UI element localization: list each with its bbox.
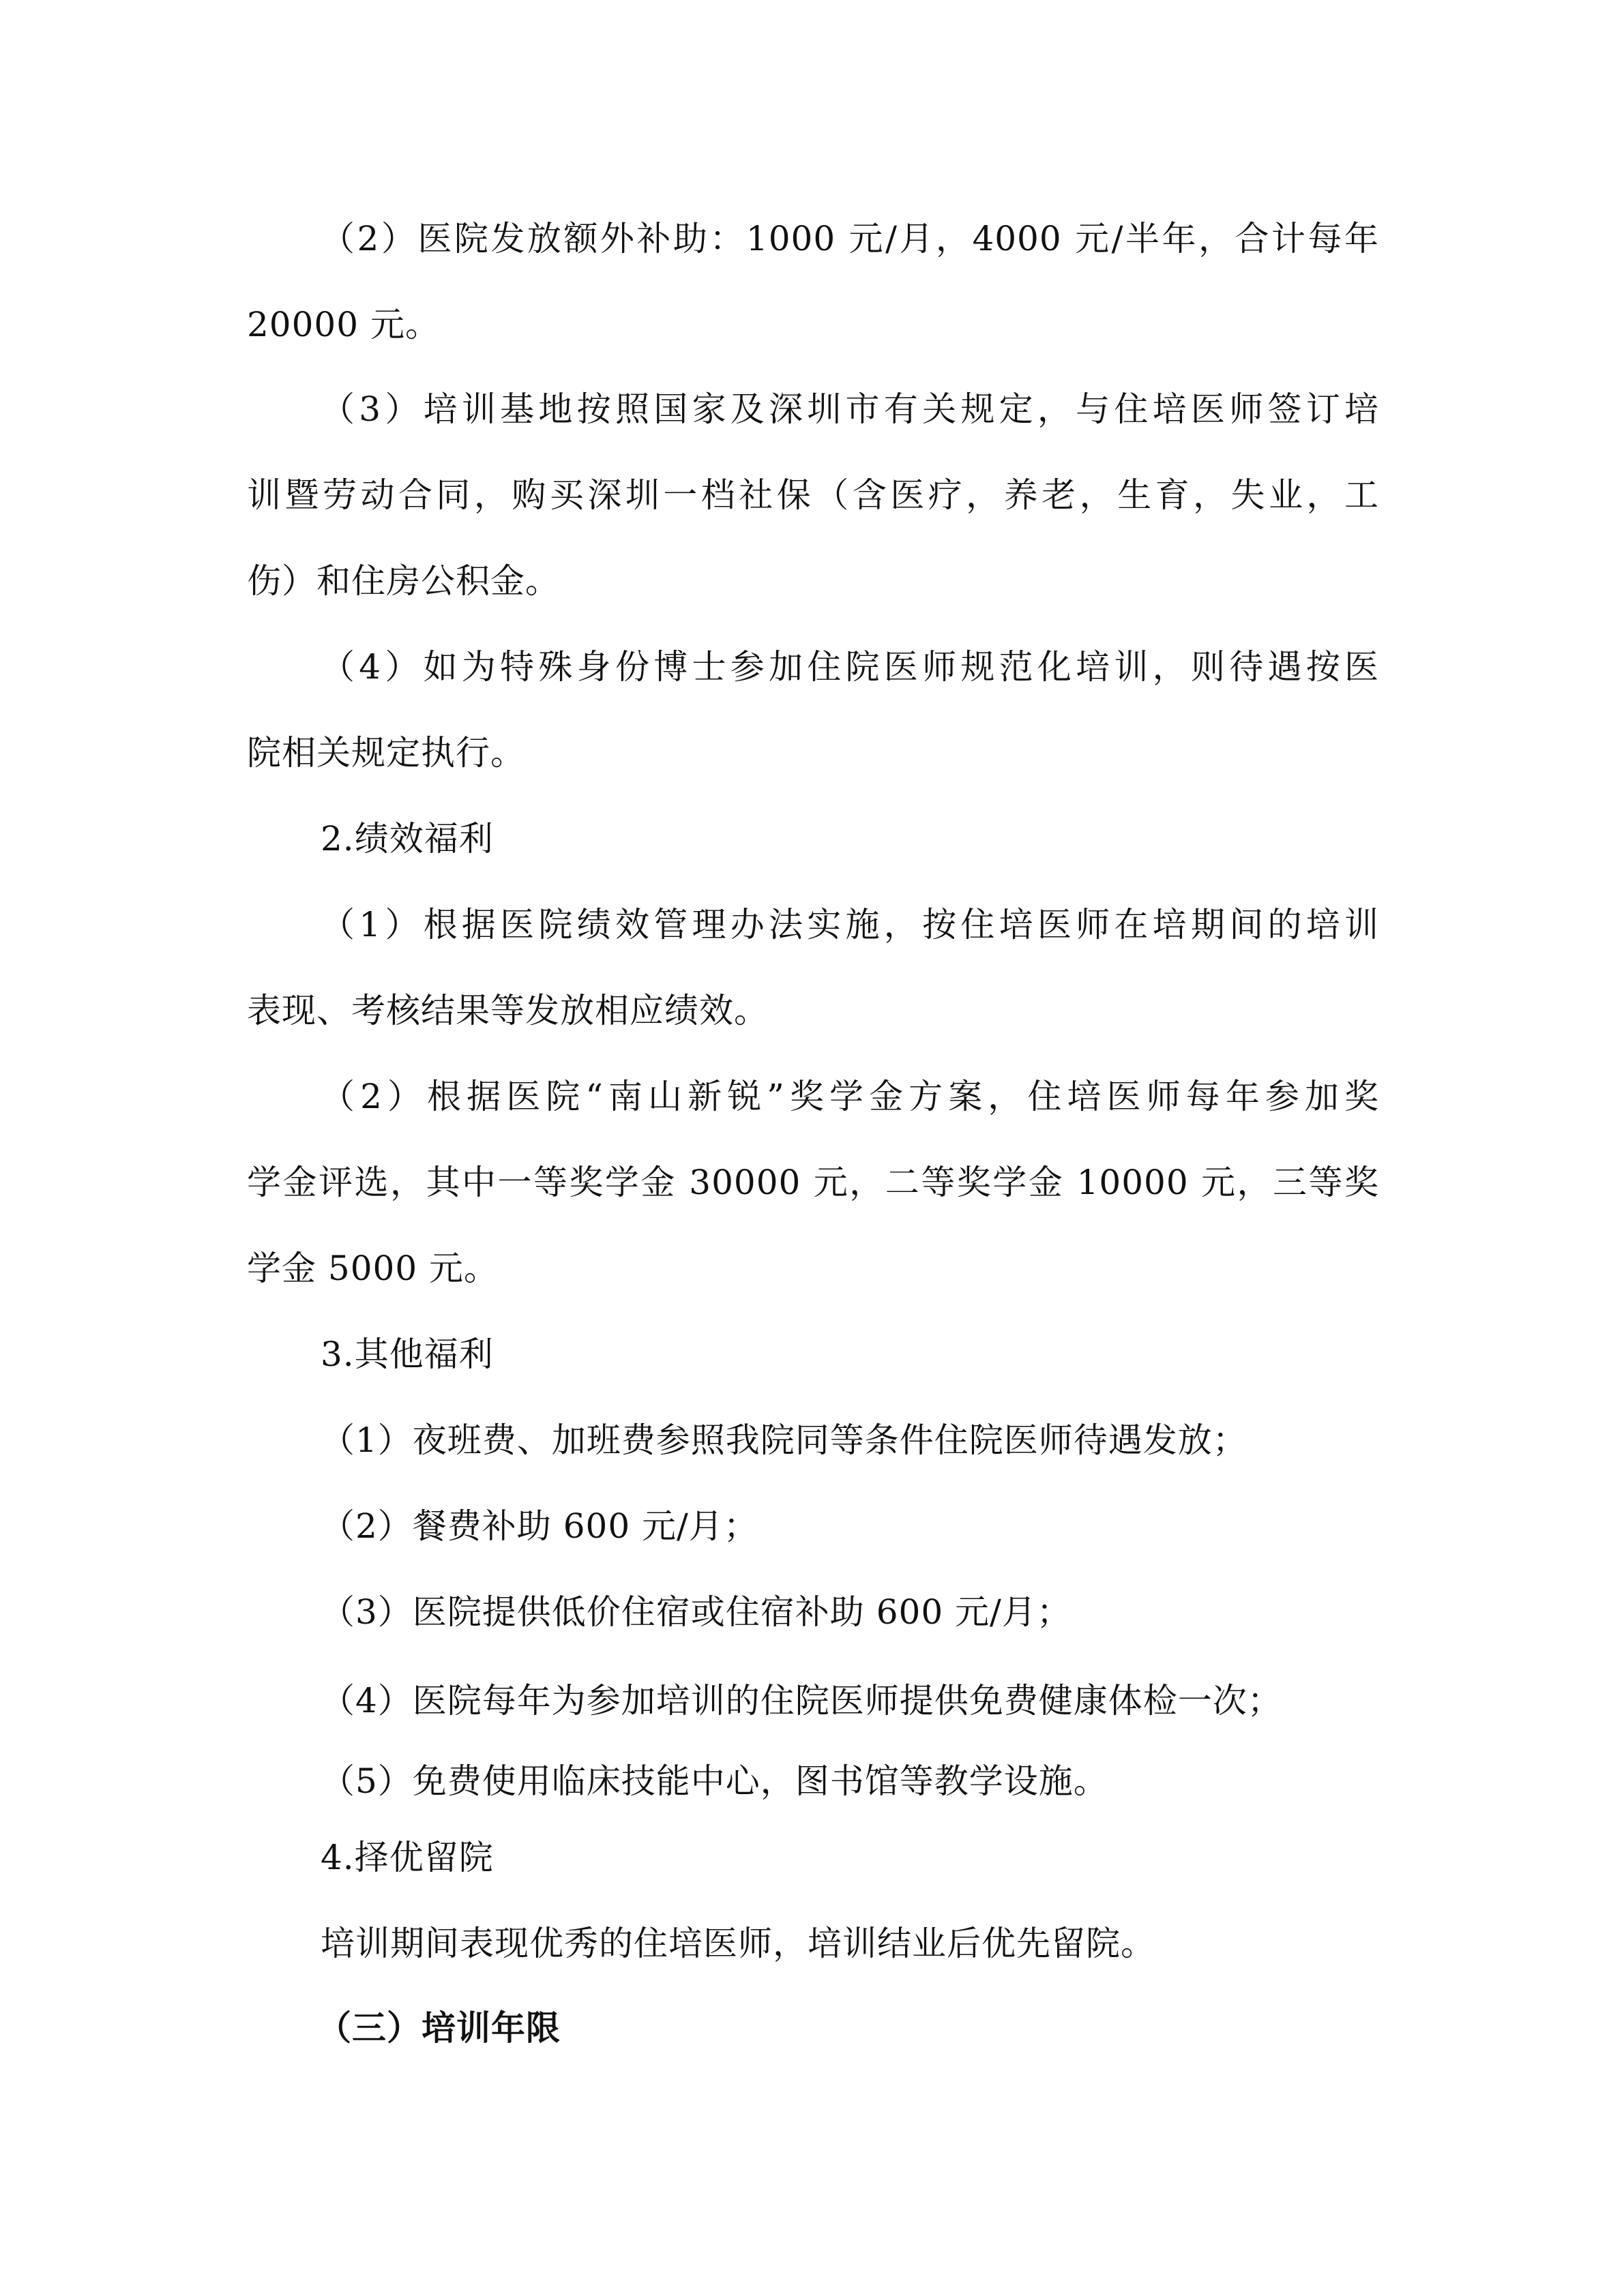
paragraph-extra-subsidy-line-1: （2）医院发放额外补助：1000 元/月，4000 元/半年，合计每年 [321, 217, 1379, 260]
document-page: （2）医院发放额外补助：1000 元/月，4000 元/半年，合计每年 2000… [0, 0, 1624, 2296]
paragraph-scholarship-line-3: 学金 5000 元。 [247, 1247, 1379, 1290]
paragraph-scholarship-line-1: （2）根据医院“南山新锐”奖学金方案，住培医师每年参加奖 [321, 1075, 1379, 1118]
paragraph-retention: 培训期间表现优秀的住培医师，培训结业后优先留院。 [321, 1922, 1453, 1965]
list-item-housing-subsidy: （3）医院提供低价住宿或住宿补助 600 元/月； [321, 1590, 1453, 1634]
paragraph-contract-line-3: 伤）和住房公积金。 [247, 559, 1379, 603]
subheading-performance-benefits: 2.绩效福利 [321, 817, 1453, 861]
list-item-free-facilities: （5）免费使用临床技能中心，图书馆等教学设施。 [321, 1759, 1453, 1803]
list-item-health-checkup: （4）医院每年为参加培训的住院医师提供免费健康体检一次； [321, 1679, 1453, 1723]
list-item-meal-subsidy: （2）餐费补助 600 元/月； [321, 1504, 1453, 1548]
paragraph-scholarship-line-2: 学金评选，其中一等奖学金 30000 元，二等奖学金 10000 元，三等奖 [247, 1161, 1379, 1204]
paragraph-performance-line-1: （1）根据医院绩效管理办法实施，按住培医师在培期间的培训 [321, 903, 1379, 946]
paragraph-extra-subsidy-line-2: 20000 元。 [247, 303, 1379, 346]
paragraph-performance-line-2: 表现、考核结果等发放相应绩效。 [247, 989, 1379, 1032]
section-heading-training-duration: （三）培训年限 [317, 2006, 1449, 2050]
paragraph-phd-line-1: （4）如为特殊身份博士参加住院医师规范化培训，则待遇按医 [321, 645, 1379, 689]
list-item-overtime-pay: （1）夜班费、加班费参照我院同等条件住院医师待遇发放； [321, 1418, 1453, 1462]
paragraph-contract-line-1: （3）培训基地按照国家及深圳市有关规定，与住培医师签订培 [321, 387, 1379, 431]
subheading-retention: 4.择优留院 [321, 1836, 1453, 1879]
subheading-other-benefits: 3.其他福利 [321, 1332, 1453, 1376]
paragraph-contract-line-2: 训暨劳动合同，购买深圳一档社保（含医疗，养老，生育，失业，工 [247, 473, 1379, 517]
paragraph-phd-line-2: 院相关规定执行。 [247, 731, 1379, 775]
